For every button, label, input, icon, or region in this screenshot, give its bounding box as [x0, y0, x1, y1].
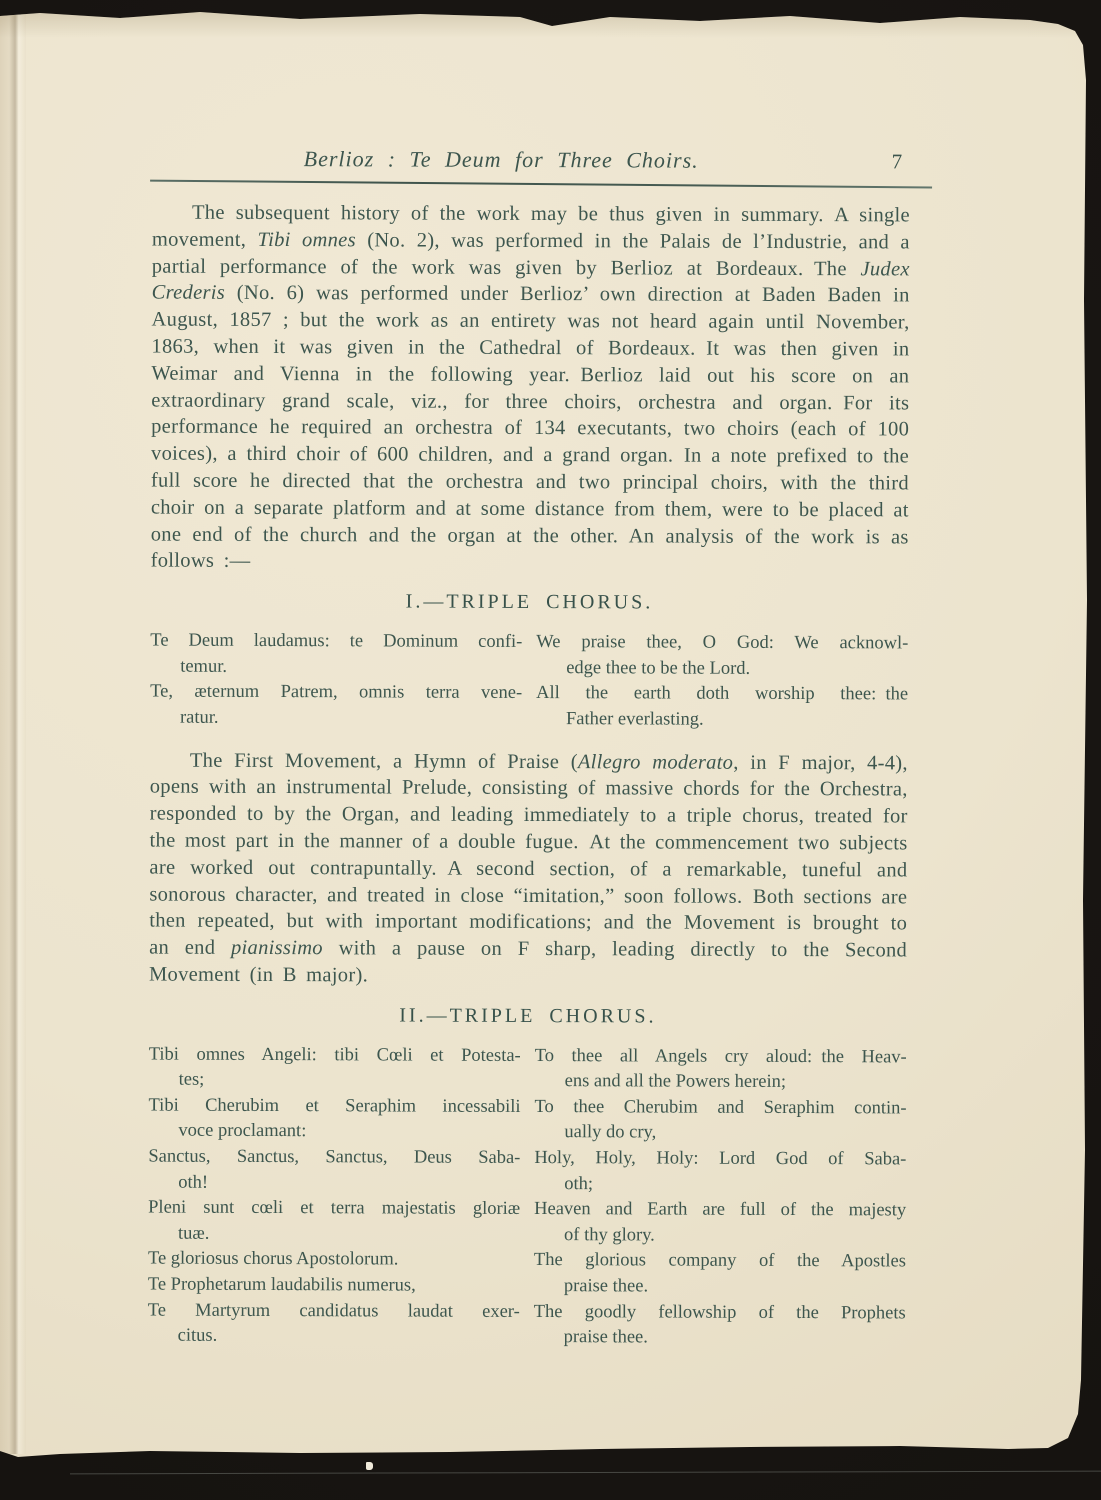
paper-fleck: [366, 1462, 373, 1470]
verse-item: We praise thee, O God: We acknowl-edge t…: [536, 630, 908, 683]
verse-line: Sanctus, Sanctus, Sanctus, Deus Saba-: [148, 1145, 520, 1172]
verse-line: Te, æternum Patrem, omnis terra vene-: [150, 680, 522, 707]
verse-item: The goodly fellowship of the Prophetspra…: [534, 1300, 906, 1353]
verse-line: praise thee.: [534, 1274, 906, 1301]
text-run: The First Movement, a Hymn of Praise (: [190, 749, 578, 772]
english-column-1: We praise thee, O God: We acknowl-edge t…: [536, 630, 908, 734]
book-page: Berlioz : Te Deum for Three Choirs. 7 Th…: [0, 0, 1101, 1500]
page-binding-crease: [0, 14, 26, 1454]
verse-item: Te Prophetarum laudabilis numerus,: [148, 1273, 520, 1300]
verse-line: Te gloriosus chorus Apostolorum.: [148, 1247, 520, 1274]
verse-line: The goodly fellowship of the Prophets: [534, 1300, 906, 1327]
verse-line: To thee Cherubim and Seraphim contin-: [534, 1095, 906, 1122]
verse-line: citus.: [148, 1324, 520, 1351]
verse-line: of thy glory.: [534, 1223, 906, 1250]
verse-item: Sanctus, Sanctus, Sanctus, Deus Saba-oth…: [148, 1145, 520, 1198]
verse-line: oth;: [534, 1172, 906, 1199]
verse-line: We praise thee, O God: We acknowl-: [536, 630, 908, 657]
italic-text-run: pianissimo: [231, 937, 323, 959]
verse-item: To thee Cherubim and Seraphim contin-ual…: [534, 1095, 906, 1148]
running-title: Berlioz : Te Deum for Three Choirs.: [152, 146, 850, 175]
verse-line: To thee all Angels cry aloud: the Heav-: [535, 1044, 907, 1071]
verse-line: Te Martyrum candidatus laudat exer-: [148, 1298, 520, 1325]
verse-grid-2: Tibi omnes Angeli: tibi Cœli et Potesta-…: [148, 1042, 907, 1352]
verse-line: Te Deum laudamus: te Dominum confi-: [150, 629, 522, 656]
verse-line: praise thee.: [534, 1325, 906, 1352]
page-number: 7: [892, 149, 903, 174]
verse-line: Father everlasting.: [536, 707, 908, 734]
verse-line: Te Prophetarum laudabilis numerus,: [148, 1273, 520, 1300]
verse-item: Pleni sunt cœli et terra majestatis glor…: [148, 1196, 520, 1249]
verse-line: Tibi Cherubim et Seraphim incessabili: [148, 1093, 520, 1120]
page-content: Berlioz : Te Deum for Three Choirs. 7 Th…: [148, 146, 911, 1369]
text-run: , in F major, 4-4), opens with an instru…: [149, 751, 908, 959]
page-header: Berlioz : Te Deum for Three Choirs. 7: [152, 146, 910, 185]
verse-line: Pleni sunt cœli et terra majestatis glor…: [148, 1196, 520, 1223]
verse-item: Te Deum laudamus: te Dominum confi-temur…: [150, 629, 522, 682]
verse-item: Tibi omnes Angeli: tibi Cœli et Potesta-…: [149, 1042, 521, 1095]
body-paragraph-1: The subsequent history of the work may b…: [151, 200, 910, 578]
verse-line: oth!: [148, 1170, 520, 1197]
verse-line: All the earth doth worship thee: the: [536, 681, 908, 708]
verse-item: The glorious company of the Apostlesprai…: [534, 1248, 906, 1301]
text-run: (No. 6) was performed under Berlioz’ own…: [151, 282, 910, 572]
body-paragraph-2: The First Movement, a Hymn of Praise (Al…: [149, 747, 908, 991]
verse-line: Holy, Holy, Holy: Lord God of Saba-: [534, 1146, 906, 1173]
italic-text-run: Tibi omnes: [258, 229, 356, 251]
verse-line: temur.: [150, 654, 522, 681]
verse-item: Holy, Holy, Holy: Lord God of Saba-oth;: [534, 1146, 906, 1199]
verse-item: Heaven and Earth are full of the majesty…: [534, 1197, 906, 1250]
verse-line: Tibi omnes Angeli: tibi Cœli et Potesta-: [149, 1042, 521, 1069]
verse-line: ratur.: [150, 705, 522, 732]
verse-line: edge thee to be the Lord.: [536, 656, 908, 683]
italic-text-run: Allegro moderato: [578, 751, 733, 774]
verse-item: Te, æternum Patrem, omnis terra vene-rat…: [150, 680, 522, 733]
verse-line: ually do cry,: [534, 1120, 906, 1147]
verse-item: Te gloriosus chorus Apostolorum.: [148, 1247, 520, 1274]
verse-item: All the earth doth worship thee: theFath…: [536, 681, 908, 734]
verse-item: Tibi Cherubim et Seraphim incessabilivoc…: [148, 1093, 520, 1146]
verse-item: Te Martyrum candidatus laudat exer-citus…: [148, 1298, 520, 1351]
verse-line: Heaven and Earth are full of the majesty: [534, 1197, 906, 1224]
latin-column-1: Te Deum laudamus: te Dominum confi-temur…: [150, 629, 522, 733]
latin-column-2: Tibi omnes Angeli: tibi Cœli et Potesta-…: [148, 1042, 521, 1351]
verse-line: tuæ.: [148, 1221, 520, 1248]
verse-line: voce proclamant:: [148, 1119, 520, 1146]
section-heading-2: II.—TRIPLE CHORUS.: [149, 1003, 907, 1029]
section-heading-1: I.—TRIPLE CHORUS.: [150, 590, 908, 616]
verse-line: ens and all the Powers herein;: [535, 1069, 907, 1096]
english-column-2: To thee all Angels cry aloud: the Heav-e…: [534, 1044, 907, 1353]
verse-grid-1: Te Deum laudamus: te Dominum confi-temur…: [150, 629, 908, 734]
verse-line: tes;: [149, 1068, 521, 1095]
verse-item: To thee all Angels cry aloud: the Heav-e…: [535, 1044, 907, 1097]
verse-line: The glorious company of the Apostles: [534, 1248, 906, 1275]
